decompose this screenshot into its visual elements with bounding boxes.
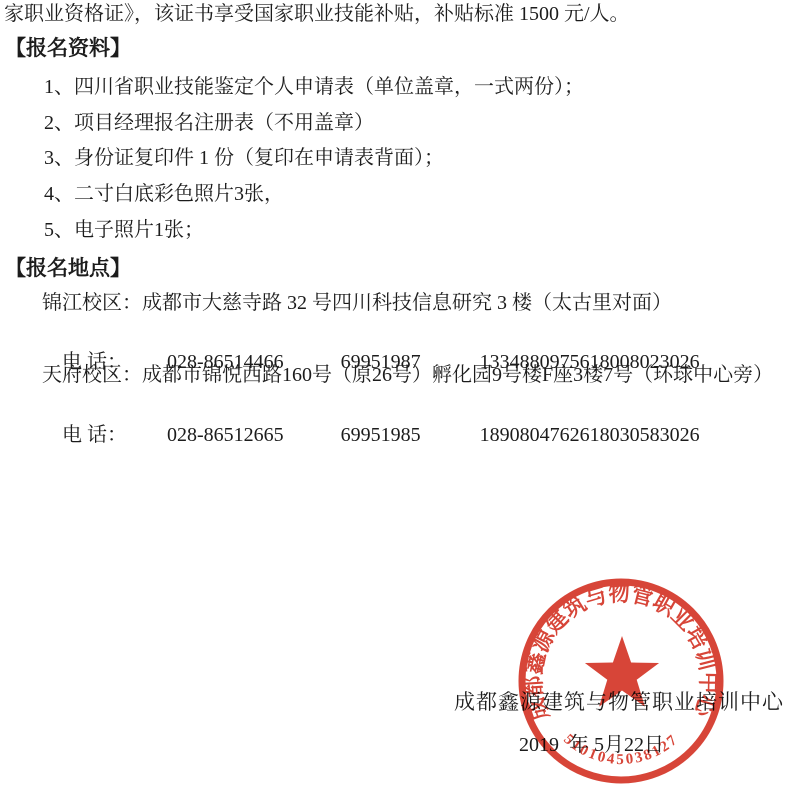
- phone-row-tianfu: 电 话：028-86512665699519851890804762618030…: [42, 399, 700, 471]
- phone-number: 18908047626: [480, 424, 590, 446]
- seal-number: 5101045038127: [560, 731, 680, 768]
- phone-number: 028-86512665: [167, 424, 284, 446]
- material-item-5: 5、电子照片1张；: [44, 218, 204, 242]
- campus-address-tianfu: 天府校区：成都市锦悦西路160号（原26号）孵化园9号楼F座3楼7号（环球中心旁…: [42, 363, 773, 387]
- intro-line: 家职业资格证》，该证书享受国家职业技能补贴，补贴标准 1500 元/人。: [4, 2, 630, 26]
- locations-section-header: 【报名地点】: [5, 256, 131, 280]
- phone-row-jinjiang: 电 话：028-86514466699519871334880975618008…: [42, 326, 700, 398]
- materials-section-header: 【报名资料】: [5, 36, 131, 60]
- campus-address-jinjiang: 锦江校区：成都市大慈寺路 32 号四川科技信息研究 3 楼（太古里对面）: [42, 291, 672, 315]
- document-page: 家职业资格证》，该证书享受国家职业技能补贴，补贴标准 1500 元/人。 【报名…: [0, 0, 800, 792]
- phone-number: 69951985: [341, 424, 421, 446]
- material-item-2: 2、项目经理报名注册表（不用盖章）: [44, 111, 374, 135]
- material-item-1: 1、四川省职业技能鉴定个人申请表（单位盖章，一式两份）；: [44, 75, 584, 99]
- svg-text:5101045038127: 5101045038127: [560, 731, 680, 768]
- phone-label: 电 话：: [62, 424, 127, 446]
- material-item-3: 3、身份证复印件 1 份（复印在申请表背面）；: [44, 146, 444, 170]
- phone-number: 18030583026: [590, 424, 700, 446]
- seal-star-icon: [585, 636, 659, 707]
- material-item-4: 4、二寸白底彩色照片3张，: [44, 182, 284, 206]
- official-seal: 成都鑫源建筑与物管职业培训中心 5101045038127: [518, 578, 724, 784]
